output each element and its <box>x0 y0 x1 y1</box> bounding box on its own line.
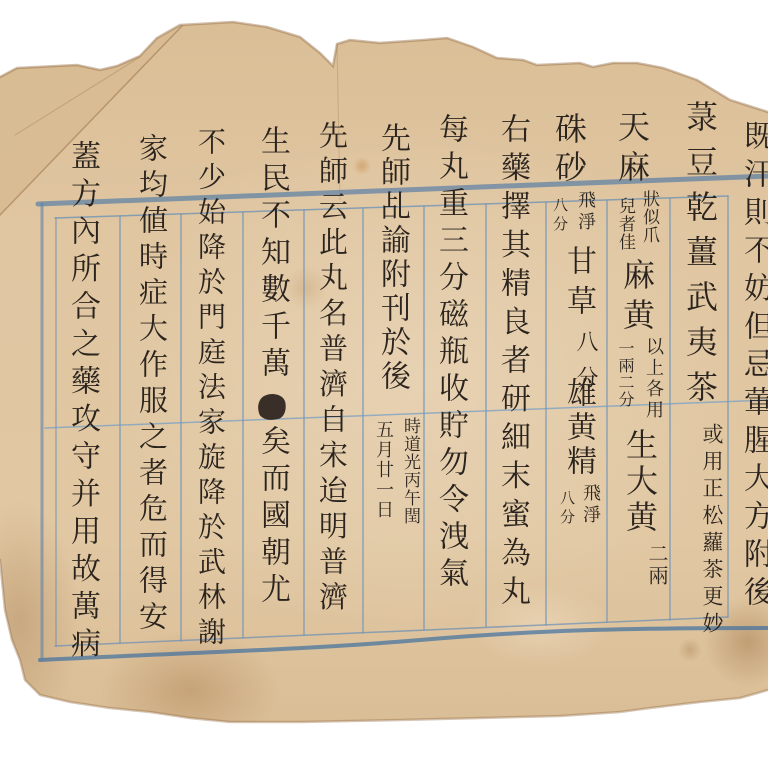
herb-mahuang-note-right: 以上各用 <box>644 337 662 421</box>
column-9-text-after-blot: 矣而國朝尤 <box>257 425 287 610</box>
herb-zhusha-note-right: 飛淨 <box>576 190 594 234</box>
herb-zhusha: 硃砂 <box>553 112 585 188</box>
herb-tianma-note-right: 狀似爪 <box>640 190 657 244</box>
date-note-right: 時道光丙午閏 <box>401 417 418 525</box>
herb-mahuang: 麻黄 <box>621 258 653 338</box>
herb-xionghuangjing: 雄黄精 <box>563 377 593 479</box>
column-6-text: 每丸重三分磁瓶收貯勿令洩氣 <box>435 113 465 594</box>
herb-shengdahuang-dose: 二兩 <box>647 543 667 587</box>
herb-xionghuangjing-note-left: 八分 <box>559 490 574 528</box>
herb-zhusha-note-left: 八分 <box>552 197 567 235</box>
herb-tianma-note-left: 兒者佳 <box>616 197 633 251</box>
column-12-text: 蓋方內所合之藥攻守并用故萬病 <box>67 140 97 665</box>
column-2-text: 菉豆乾薑武夷茶 <box>684 100 716 415</box>
date-note-left: 五月廿一日 <box>374 420 392 520</box>
column-8-text: 先師云此丸名普濟自宋迨明普濟 <box>317 120 346 617</box>
column-9-text-before-blot: 生民不知數千萬 <box>257 125 287 384</box>
herb-tianma: 天麻 <box>616 110 648 190</box>
column-11-text: 家均値時症大作服之者危而得安 <box>137 133 166 637</box>
herb-shengdahuang: 生大黄 <box>624 428 656 536</box>
column-1-text: 既汗則不妨但忌葷腥大方附後 <box>740 120 768 614</box>
column-5-text: 右藥擇其精良者研細末蜜為丸 <box>497 113 527 614</box>
column-10-text: 不少始降於門庭法家旋降於武林謝 <box>196 127 224 652</box>
herb-xionghuangjing-note-right: 飛淨 <box>581 483 599 527</box>
column-2-annotation: 或用正松蘿茶更妙 <box>701 423 722 639</box>
column-7-text: 先師乩諭附刊於後 <box>377 122 407 394</box>
herb-mahuang-note-left: 一兩二分 <box>617 340 633 408</box>
herb-gancao: 甘草 <box>563 245 593 325</box>
